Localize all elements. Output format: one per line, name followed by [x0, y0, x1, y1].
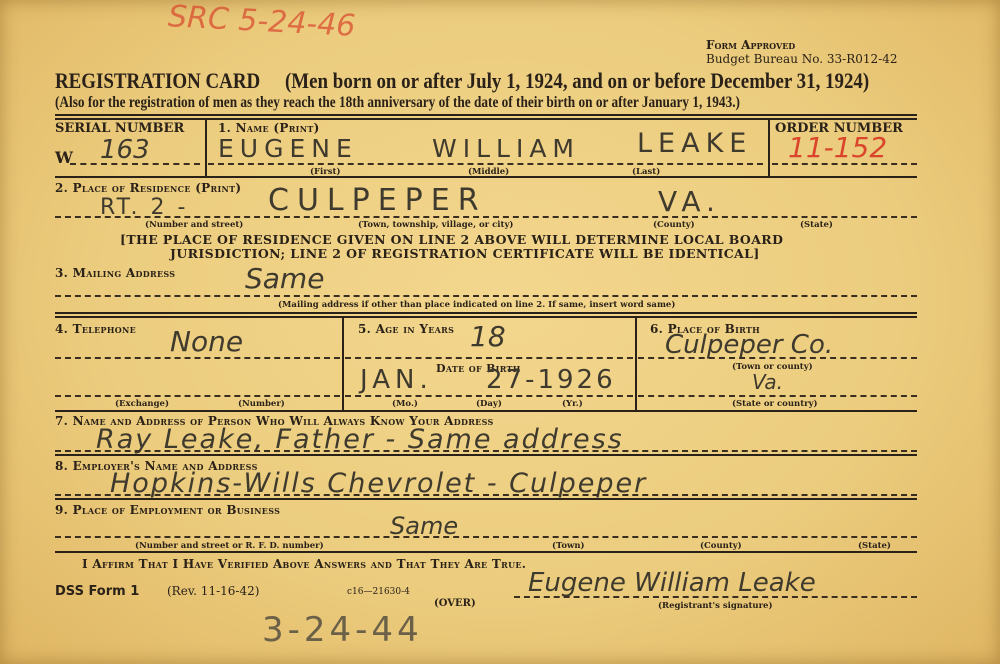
county-caption: (County): [653, 220, 695, 230]
divider: [55, 410, 917, 412]
age-label: 5. Age in Years: [358, 322, 454, 336]
affirmation-text: I Affirm That I Have Verified Above Answ…: [82, 557, 526, 571]
serial-number-label: SERIAL NUMBER: [55, 121, 184, 136]
exchange-caption: (Exchange): [115, 399, 169, 409]
mailing-caption: (Mailing address if other than place ind…: [278, 300, 675, 310]
birth-town-value: Culpeper Co.: [665, 330, 833, 360]
residence-town-value: CULPEPER: [268, 183, 487, 218]
birth-state-value: Va.: [752, 370, 783, 394]
dob-month-value: JAN.: [360, 365, 433, 395]
order-number-value: 11-152: [788, 131, 887, 164]
last-name-value: LEAKE: [637, 128, 752, 159]
first-name-value: EUGENE: [218, 134, 358, 163]
form-revision: (Rev. 11-16-42): [167, 584, 259, 598]
divider: [205, 118, 207, 176]
divider: [768, 118, 770, 176]
form-id: DSS Form 1: [55, 584, 139, 599]
divider: [55, 312, 917, 318]
employer-line: [55, 494, 917, 496]
month-caption: (Mo.): [392, 399, 418, 409]
street-caption: (Number and street): [145, 220, 243, 230]
print-code: c16—21630-4: [347, 587, 410, 597]
name-line: [208, 163, 763, 165]
jurisdiction-notice-line2: JURISDICTION; LINE 2 OF REGISTRATION CER…: [170, 246, 760, 261]
eligibility-text: (Men born on or after July 1, 1924, and …: [285, 68, 869, 94]
birth-town-line: [638, 357, 917, 359]
name-label: 1. Name (Print): [218, 121, 320, 135]
telephone-line: [55, 357, 340, 359]
handwritten-date-note: 3-24-44: [262, 610, 423, 650]
signature-line: [514, 596, 917, 598]
divider: [55, 551, 917, 553]
contact-line: [55, 450, 917, 452]
registration-card: SRC 5-24-46 Form Approved Budget Bureau …: [0, 0, 1000, 664]
dob-line: [345, 395, 633, 397]
middle-name-value: WILLIAM: [432, 134, 580, 163]
day-caption: (Day): [476, 399, 502, 409]
telephone-label: 4. Telephone: [55, 322, 136, 336]
telephone-number-line: [55, 395, 340, 397]
mailing-address-value: Same: [245, 262, 324, 295]
employment-town-caption: (Town): [552, 541, 585, 551]
over-note: (OVER): [434, 598, 476, 609]
residence-label: 2. Place of Residence (Print): [55, 181, 241, 195]
serial-number-value: 163: [100, 135, 150, 165]
employment-state-caption: (State): [858, 541, 891, 551]
employment-place-label: 9. Place of Employment or Business: [55, 503, 280, 517]
registrant-signature: Eugene William Leake: [528, 568, 816, 598]
divider: [635, 318, 637, 410]
divider: [55, 176, 917, 178]
divider: [55, 454, 917, 456]
signature-caption: (Registrant's signature): [658, 601, 772, 611]
age-line: [345, 357, 633, 359]
card-subtitle: (Also for the registration of men as the…: [55, 94, 740, 112]
residence-state-value: VA.: [658, 185, 721, 218]
year-caption: (Yr.): [562, 399, 583, 409]
divider: [55, 114, 917, 120]
birth-state-line: [638, 395, 917, 397]
employment-street-caption: (Number and street or R. F. D. number): [135, 541, 324, 551]
divider: [55, 498, 917, 500]
dob-day-year-value: 27-1926: [486, 365, 616, 395]
employment-county-caption: (County): [700, 541, 742, 551]
number-caption: (Number): [238, 399, 285, 409]
card-title: REGISTRATION CARD: [55, 68, 260, 94]
residence-street-value: RT. 2 -: [100, 195, 188, 220]
town-caption: (Town, township, village, or city): [358, 220, 513, 230]
employment-place-line: [55, 536, 917, 538]
birth-state-caption: (State or country): [732, 399, 818, 409]
age-value: 18: [470, 320, 506, 353]
jurisdiction-notice-line1: [THE PLACE OF RESIDENCE GIVEN ON LINE 2 …: [120, 232, 783, 247]
processing-stamp: SRC 5-24-46: [167, 0, 356, 44]
budget-bureau-number: Budget Bureau No. 33-R012-42: [706, 52, 897, 66]
state-caption: (State): [800, 220, 833, 230]
divider: [342, 318, 344, 410]
mailing-address-label: 3. Mailing Address: [55, 266, 175, 280]
form-approved-label: Form Approved: [706, 38, 795, 52]
mailing-line: [55, 295, 917, 297]
telephone-value: None: [170, 325, 243, 358]
